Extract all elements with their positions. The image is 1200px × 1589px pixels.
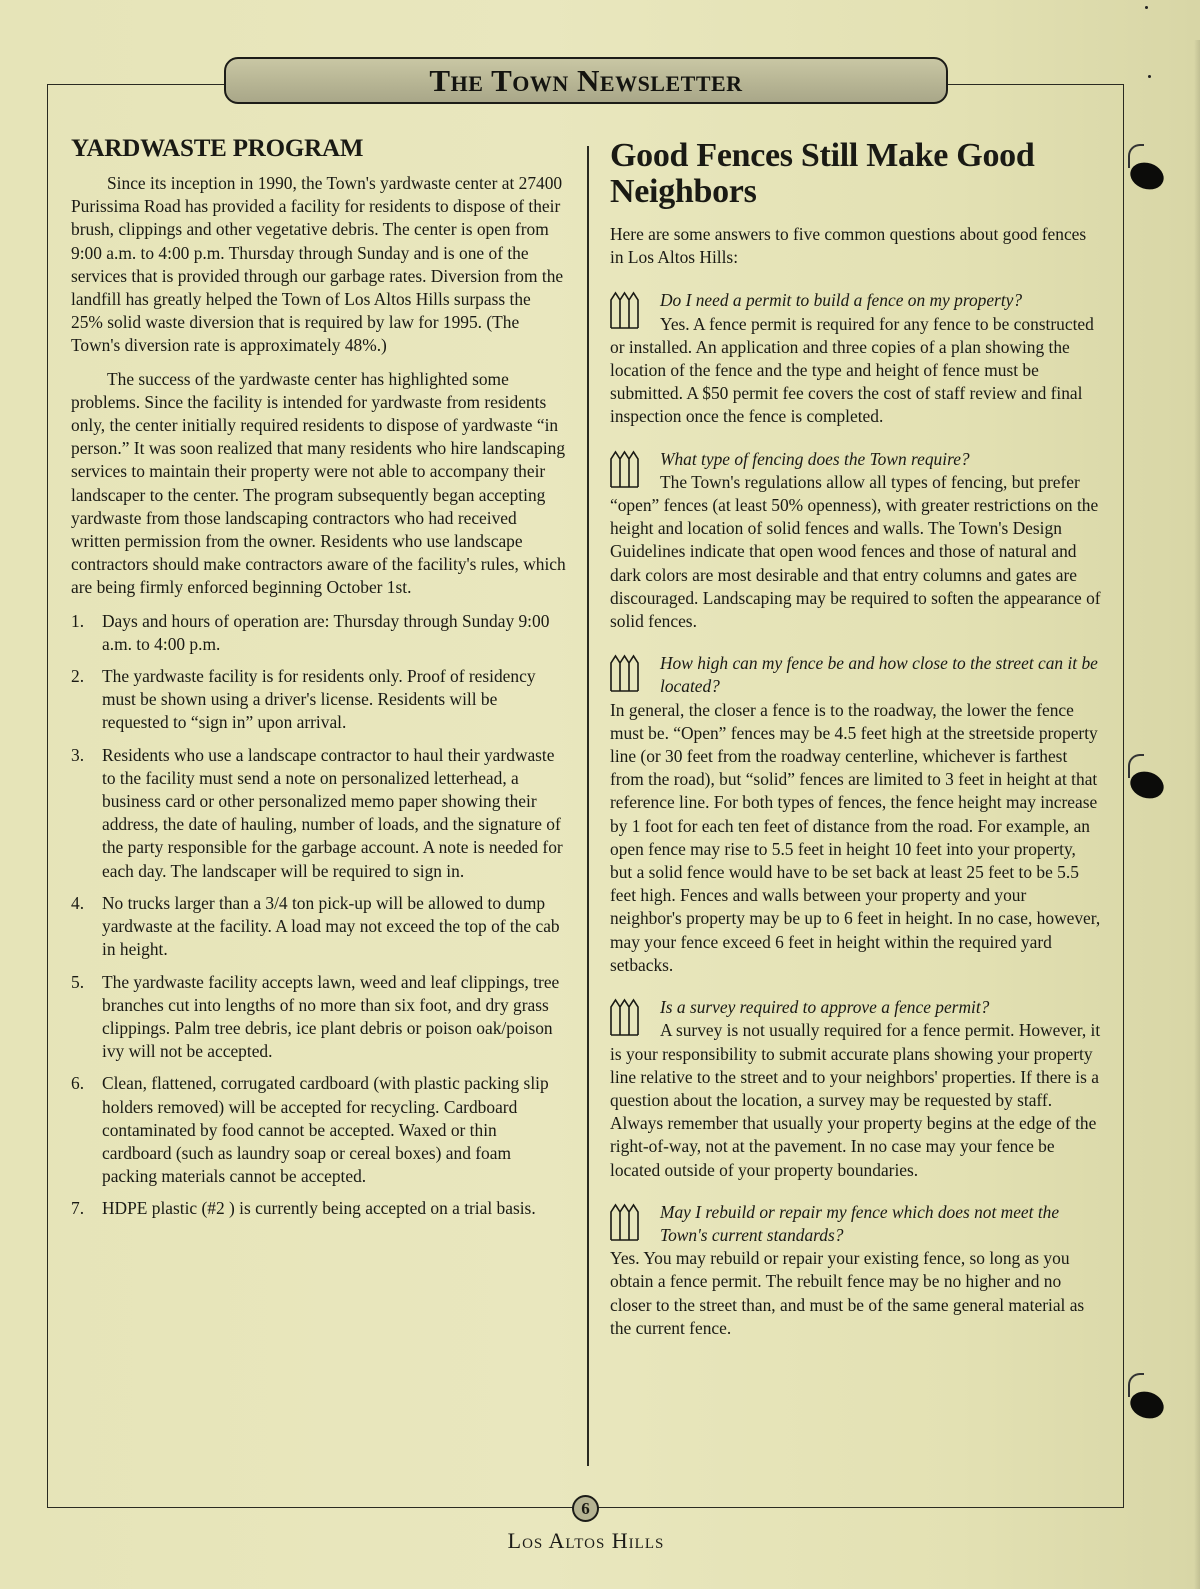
qa-item: May I rebuild or repair my fence which d… bbox=[610, 1201, 1102, 1340]
qa-item: What type of fencing does the Town requi… bbox=[610, 448, 1102, 634]
dust-speck bbox=[1148, 75, 1151, 78]
yardwaste-article: YARDWASTE PROGRAM Since its inception in… bbox=[71, 134, 566, 1230]
rule-item: 2.The yardwaste facility is for resident… bbox=[71, 665, 566, 735]
paper-curl-icon bbox=[1128, 1373, 1144, 1397]
newsletter-title: The Town Newsletter bbox=[429, 63, 742, 99]
column-divider bbox=[587, 146, 589, 1466]
question: May I rebuild or repair my fence which d… bbox=[610, 1201, 1102, 1247]
newsletter-banner: The Town Newsletter bbox=[224, 57, 948, 104]
fences-article: Good Fences Still Make Good Neighbors He… bbox=[610, 138, 1102, 1359]
rule-item: 1.Days and hours of operation are: Thurs… bbox=[71, 610, 566, 656]
question: Is a survey required to approve a fence … bbox=[610, 996, 1102, 1019]
rule-text: Residents who use a landscape contractor… bbox=[102, 745, 563, 881]
answer: In general, the closer a fence is to the… bbox=[610, 700, 1100, 975]
rule-item: 5.The yardwaste facility accepts lawn, w… bbox=[71, 971, 566, 1064]
rule-item: 4.No trucks larger than a 3/4 ton pick-u… bbox=[71, 892, 566, 962]
page-number-badge: 6 bbox=[572, 1495, 599, 1522]
yardwaste-heading: YARDWASTE PROGRAM bbox=[71, 134, 566, 164]
qa-item: Do I need a permit to build a fence on m… bbox=[610, 289, 1102, 428]
rule-text: HDPE plastic (#2 ) is currently being ac… bbox=[102, 1198, 536, 1218]
rule-item: 7.HDPE plastic (#2 ) is currently being … bbox=[71, 1197, 566, 1220]
paper-curl-icon bbox=[1128, 144, 1144, 168]
qa-item: How high can my fence be and how close t… bbox=[610, 652, 1102, 977]
rule-item: 6.Clean, flattened, corrugated cardboard… bbox=[71, 1072, 566, 1188]
rule-text: No trucks larger than a 3/4 ton pick-up … bbox=[102, 893, 560, 959]
rule-text: The yardwaste facility is for residents … bbox=[102, 666, 536, 732]
page-edge-shadow bbox=[1194, 40, 1200, 1589]
question: Do I need a permit to build a fence on m… bbox=[610, 289, 1102, 312]
rule-text: The yardwaste facility accepts lawn, wee… bbox=[102, 972, 559, 1062]
fence-icon bbox=[610, 998, 640, 1036]
yardwaste-paragraph: The success of the yardwaste center has … bbox=[71, 368, 566, 600]
fence-icon bbox=[610, 291, 640, 329]
answer: The Town's regulations allow all types o… bbox=[610, 471, 1102, 633]
paper-curl-icon bbox=[1128, 754, 1144, 778]
page-number: 6 bbox=[581, 1499, 590, 1519]
rule-text: Days and hours of operation are: Thursda… bbox=[102, 611, 549, 654]
qa-item: Is a survey required to approve a fence … bbox=[610, 996, 1102, 1182]
fences-title: Good Fences Still Make Good Neighbors bbox=[610, 138, 1102, 210]
fences-intro: Here are some answers to five common que… bbox=[610, 223, 1102, 269]
dust-speck bbox=[1145, 6, 1148, 9]
answer: A survey is not usually required for a f… bbox=[610, 1019, 1102, 1181]
rule-number: 1. bbox=[71, 610, 84, 633]
rule-number: 3. bbox=[71, 744, 84, 767]
fence-icon bbox=[610, 654, 640, 692]
footer-town-name: Los Altos Hills bbox=[0, 1528, 1172, 1554]
answer: Yes. You may rebuild or repair your exis… bbox=[610, 1248, 1084, 1338]
yardwaste-rules-list: 1.Days and hours of operation are: Thurs… bbox=[71, 610, 566, 1221]
question: How high can my fence be and how close t… bbox=[610, 652, 1102, 698]
yardwaste-paragraph: Since its inception in 1990, the Town's … bbox=[71, 172, 566, 358]
rule-number: 2. bbox=[71, 665, 84, 688]
question: What type of fencing does the Town requi… bbox=[610, 448, 1102, 471]
rule-text: Clean, flattened, corrugated cardboard (… bbox=[102, 1073, 549, 1186]
fence-icon bbox=[610, 450, 640, 488]
rule-item: 3.Residents who use a landscape contract… bbox=[71, 744, 566, 883]
answer: Yes. A fence permit is required for any … bbox=[610, 313, 1102, 429]
fence-icon bbox=[610, 1203, 640, 1241]
rule-number: 4. bbox=[71, 892, 84, 915]
rule-number: 5. bbox=[71, 971, 84, 994]
rule-number: 6. bbox=[71, 1072, 84, 1095]
rule-number: 7. bbox=[71, 1197, 84, 1220]
